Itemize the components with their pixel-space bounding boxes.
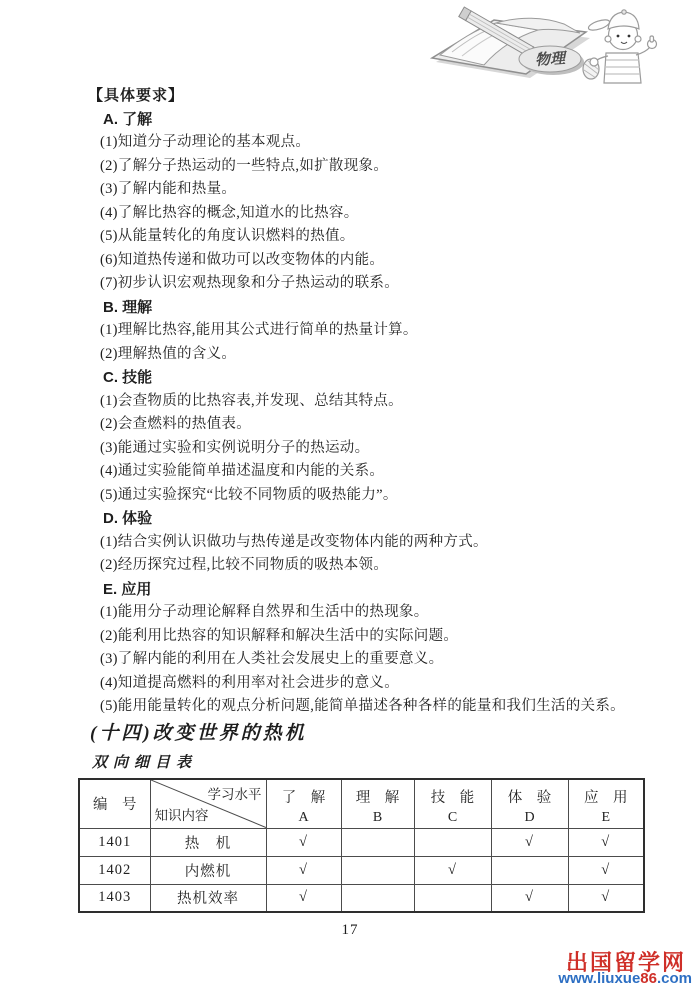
col-header-level-b: 理 解 B (341, 779, 414, 828)
row-id-cell: 1403 (79, 884, 150, 912)
requirement-item: (1)会查物质的比热容表,并发现、总结其特点。 (88, 390, 673, 414)
requirement-item: (5)从能量转化的角度认识燃料的热值。 (88, 225, 673, 249)
table-header-row: 编 号 学习水平 知识内容 了 解 A 理 解 B 技 能 (79, 779, 644, 828)
requirement-item: (5)通过实验探究“比较不同物质的吸热能力”。 (88, 484, 673, 508)
badge-label: 物理 (534, 50, 568, 69)
check-cell: √ (266, 856, 341, 884)
col-header-level-c: 技 能 C (414, 779, 491, 828)
student-mascot (583, 10, 657, 83)
check-cell: √ (568, 856, 644, 884)
table-row: 1402内燃机√√√ (79, 856, 644, 884)
corner-label-knowledge: 知识内容 (155, 804, 209, 824)
page-title: 【具体要求】 (88, 84, 673, 108)
requirement-item: (2)了解分子热运动的一些特点,如扩散现象。 (88, 155, 673, 179)
section-heading: C. 技能 (88, 366, 673, 390)
requirement-item: (4)了解比热容的概念,知道水的比热容。 (88, 202, 673, 226)
requirement-item: (4)通过实验能简单描述温度和内能的关系。 (88, 460, 673, 484)
requirement-item: (2)会查燃料的热值表。 (88, 413, 673, 437)
section-heading: D. 体验 (88, 507, 673, 531)
col-header-level-d: 体 验 D (491, 779, 568, 828)
requirements-list: A. 了解(1)知道分子动理论的基本观点。(2)了解分子热运动的一些特点,如扩散… (88, 108, 673, 719)
requirement-item: (1)结合实例认识做功与热传递是改变物体内能的两种方式。 (88, 531, 673, 555)
corner-label-level: 学习水平 (208, 783, 262, 803)
url-number: 86 (640, 970, 657, 986)
requirement-item: (3)能通过实验和实例说明分子的热运动。 (88, 437, 673, 461)
requirement-item: (5)能用能量转化的观点分析问题,能简单描述各种各样的能量和我们生活的关系。 (88, 695, 673, 719)
requirements-block: 【具体要求】 A. 了解(1)知道分子动理论的基本观点。(2)了解分子热运动的一… (88, 84, 673, 719)
check-cell: √ (414, 856, 491, 884)
check-cell (414, 884, 491, 912)
check-cell: √ (266, 884, 341, 912)
check-cell (491, 856, 568, 884)
row-id-cell: 1401 (79, 828, 150, 856)
check-cell: √ (491, 884, 568, 912)
check-cell: √ (266, 828, 341, 856)
requirement-item: (7)初步认识宏观热现象和分子热运动的联系。 (88, 272, 673, 296)
row-id-cell: 1402 (79, 856, 150, 884)
site-watermark: 出国留学网 www.liuxue86.com (558, 952, 692, 986)
requirement-item: (3)了解内能的利用在人类社会发展史上的重要意义。 (88, 648, 673, 672)
section-heading: E. 应用 (88, 578, 673, 602)
col-header-level-a: 了 解 A (266, 779, 341, 828)
requirement-item: (2)理解热值的含义。 (88, 343, 673, 367)
requirement-item: (1)理解比热容,能用其公式进行简单的热量计算。 (88, 319, 673, 343)
check-cell: √ (491, 828, 568, 856)
table-row: 1403热机效率√√√ (79, 884, 644, 912)
check-cell (414, 828, 491, 856)
document-page: 物理 【具体要求】 A. 了解(1)知道分子动理论的基 (0, 0, 700, 986)
chapter-heading: (十四)改变世界的热机 (90, 718, 307, 745)
row-topic-cell: 热机效率 (150, 884, 266, 912)
watermark-site-url: www.liuxue86.com (558, 971, 692, 986)
requirement-item: (6)知道热传递和做功可以改变物体的内能。 (88, 249, 673, 273)
requirement-item: (2)能利用比热容的知识解释和解决生活中的实际问题。 (88, 625, 673, 649)
requirement-item: (1)能用分子动理论解释自然界和生活中的热现象。 (88, 601, 673, 625)
check-cell (341, 884, 414, 912)
url-prefix: www.liuxue (558, 970, 640, 986)
check-cell: √ (568, 884, 644, 912)
requirement-item: (3)了解内能和热量。 (88, 178, 673, 202)
requirement-item: (2)经历探究过程,比较不同物质的吸热本领。 (88, 554, 673, 578)
page-number: 17 (0, 922, 700, 939)
col-header-level-e: 应 用 E (568, 779, 644, 828)
url-suffix: .com (657, 970, 692, 986)
check-cell: √ (568, 828, 644, 856)
check-cell (341, 856, 414, 884)
row-topic-cell: 热 机 (150, 828, 266, 856)
col-header-corner: 学习水平 知识内容 (150, 779, 266, 828)
header-illustration: 物理 (428, 2, 673, 90)
two-way-specification-table: 编 号 学习水平 知识内容 了 解 A 理 解 B 技 能 (78, 778, 645, 913)
table-row: 1401热 机√√√ (79, 828, 644, 856)
requirement-item: (1)知道分子动理论的基本观点。 (88, 131, 673, 155)
col-header-id: 编 号 (79, 779, 150, 828)
requirement-item: (4)知道提高燃料的利用率对社会进步的意义。 (88, 672, 673, 696)
table-caption: 双向细目表 (92, 751, 197, 772)
check-cell (341, 828, 414, 856)
section-heading: B. 理解 (88, 296, 673, 320)
row-topic-cell: 内燃机 (150, 856, 266, 884)
section-heading: A. 了解 (88, 108, 673, 132)
